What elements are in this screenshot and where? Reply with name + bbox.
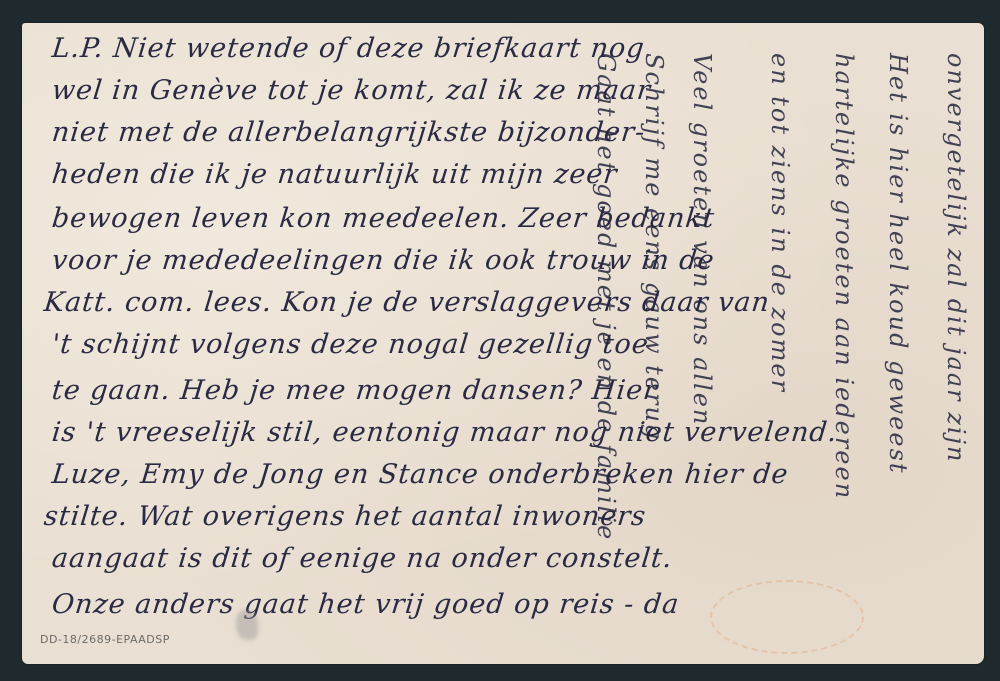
text-line-2: wel in Genève tot je komt, zal ik ze maa… bbox=[50, 75, 652, 106]
cross-writing-column-5: hartelijke groeten aan iedereen bbox=[830, 53, 858, 500]
cross-writing-column-1: Gaat het goed met je en de familie bbox=[592, 53, 620, 541]
text-line-9: te gaan. Heb je mee mogen dansen? Hier bbox=[50, 375, 658, 406]
text-line-10: is 't vreeselijk stil, eentonig maar nog… bbox=[50, 417, 839, 448]
cross-writing-column-3: Veel groeten van ons allen bbox=[688, 53, 716, 426]
text-line-4: heden die ik je natuurlijk uit mijn zeer bbox=[50, 159, 619, 190]
text-line-3: niet met de allerbelangrijkste bijzonder… bbox=[50, 117, 646, 148]
cross-writing-column-6: Het is hier heel koud geweest bbox=[884, 53, 912, 475]
cross-writing-column-4: en tot ziens in de zomer bbox=[766, 53, 794, 393]
text-line-12: stilte. Wat overigens het aantal inwoner… bbox=[42, 501, 647, 532]
ink-stain bbox=[236, 610, 258, 640]
text-line-13: aangaat is dit of eenige na onder conste… bbox=[50, 543, 674, 574]
text-line-14: Onze anders gaat het vrij goed op reis -… bbox=[50, 589, 681, 620]
cross-writing-column-2: Schrijf me eens gauw terug bbox=[640, 53, 668, 441]
text-line-8: 't schijnt volgens deze nogal gezellig t… bbox=[50, 329, 650, 360]
text-line-11: Luze, Emy de Jong en Stance onderbreken … bbox=[50, 459, 790, 490]
postcard: L.P. Niet wetende of deze briefkaart nog… bbox=[22, 23, 984, 664]
text-line-1: L.P. Niet wetende of deze briefkaart nog bbox=[50, 33, 646, 64]
archive-reference: DD-18/2689-EPAADSP bbox=[40, 633, 170, 646]
cross-writing-column-7: onvergetelijk zal dit jaar zijn bbox=[942, 53, 970, 463]
faded-postmark bbox=[710, 580, 864, 654]
